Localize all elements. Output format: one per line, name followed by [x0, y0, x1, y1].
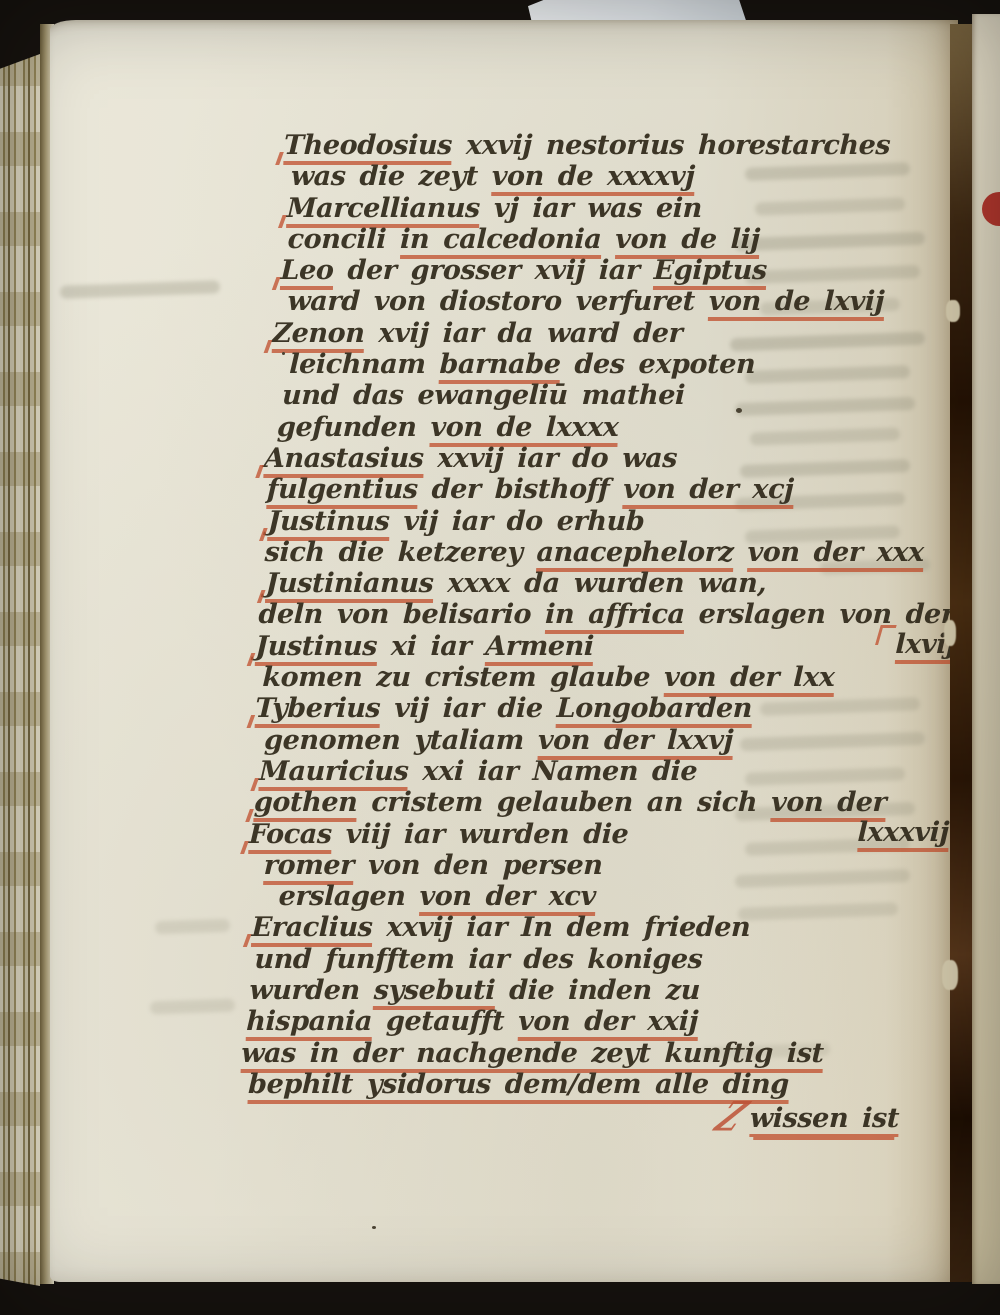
margin-note: lxxxvij	[857, 817, 950, 848]
manuscript-line: Leo der grosser xvij iar Egiptus	[268, 255, 973, 286]
red-seal-dot	[982, 192, 1000, 226]
rubricated-text: von de lxxxx	[430, 412, 619, 447]
gutter-paper-chip	[942, 960, 958, 990]
rubricated-text: anacephelorz	[536, 537, 734, 572]
text-segment: von den persen	[353, 850, 603, 881]
text-segment: vj iar was ein	[479, 193, 702, 224]
text-segment: concili	[287, 224, 401, 255]
manuscript-line: Marcellianus vj iar was ein	[270, 193, 975, 224]
rubricated-text: hispania	[246, 1006, 373, 1041]
text-segment: die inden zu	[495, 975, 701, 1006]
manuscript-line: Tyberius vij iar die Longobarden	[253, 693, 958, 724]
text-segment: vij iar do erhub	[389, 506, 645, 537]
text-segment: deln von belisario	[258, 599, 546, 630]
rubric-flourish: Z	[707, 1094, 755, 1141]
rubricated-text: von der lxxvj	[537, 725, 733, 760]
manuscript-line: gothen cristem gelauben an sich von der	[249, 787, 954, 818]
text-segment	[601, 224, 616, 255]
text-block: Theodosius xxvij nestorius horestarchesw…	[239, 130, 978, 1132]
manuscript-line: Justinus vij iar do erhub	[259, 506, 964, 537]
text-segment: und funfftem iar des koniges	[254, 944, 703, 975]
rubricated-text: Marcellianus	[286, 193, 480, 228]
rubricated-text: lxxxvij	[857, 817, 950, 852]
rubricated-text: von der lxx	[663, 662, 835, 697]
text-segment: ward von diostoro verfuret	[287, 286, 709, 317]
rubricated-text: Mauricius	[258, 756, 409, 791]
rubricated-text: Zenon	[272, 318, 365, 353]
manuscript-line: concili in calcedonia von de lij	[269, 224, 974, 255]
manuscript-line: Zenon xvij iar da ward der	[266, 318, 971, 349]
manuscript-line: romer von den persen	[247, 850, 952, 881]
facing-page-stub	[972, 14, 1000, 1284]
rubricated-text: Justinus	[267, 506, 390, 541]
rubricated-text: von de xxxxvj	[491, 161, 695, 196]
text-segment: xxi iar Namen die	[408, 756, 698, 787]
text-segment: xxxx da wurden wan,	[433, 568, 767, 599]
manuscript-page: Theodosius xxvij nestorius horestarchesw…	[50, 20, 958, 1282]
manuscript-line: erslagen von der xcv	[246, 881, 951, 912]
manuscript-line: Anastasius xxvij iar do was	[261, 443, 966, 474]
manuscript-line: bephilt ysidorus dem/dem alle ding	[240, 1069, 945, 1100]
rubricated-text: Eraclius	[251, 912, 373, 947]
manuscript-line: Theodosius xxvij nestorius horestarches	[272, 130, 977, 161]
rubricated-text: sysebuti	[373, 975, 496, 1010]
rubricated-text: Tyberius	[255, 693, 381, 728]
manuscript-line: und das ewangeliū mathei	[264, 380, 969, 411]
rubricated-text: von der xcv	[419, 881, 596, 916]
text-segment: komen zu cristem glaube	[262, 662, 665, 693]
rubricated-text: Armeni	[485, 631, 595, 666]
bleedthrough-mark	[155, 919, 230, 935]
text-segment: des expoten	[560, 349, 756, 380]
rubricated-text: Anastasius	[263, 443, 424, 478]
text-segment: leichnam	[289, 349, 440, 380]
text-segment: xvij iar da ward der	[364, 318, 683, 349]
rubricated-text: Leo	[280, 255, 334, 290]
rubricated-text: fulgentius	[266, 474, 418, 509]
text-segment: der bisthoff	[417, 474, 624, 505]
manuscript-line: sich die ketzerey anacephelorz von der x…	[258, 537, 963, 568]
rubricated-text: von der xcj	[623, 474, 795, 509]
manuscript-line: was in der nachgende zeyt kunftig ist	[241, 1038, 946, 1069]
rubricated-text: Egiptus	[653, 255, 767, 290]
rubricated-text: was in der nachgende zeyt kunftig ist	[241, 1038, 825, 1073]
manuscript-line: leichnam barnabe des expoten	[265, 349, 970, 380]
text-segment: der grosser xvij iar	[333, 255, 654, 286]
rubricated-text: Justinus	[255, 631, 378, 666]
bleedthrough-mark	[150, 999, 235, 1015]
manuscript-line: Justinianus xxxx da wurden wan,	[257, 568, 962, 599]
manuscript-line: deln von belisario in affrica erslagen v…	[256, 599, 961, 630]
rubricated-text: Longobarden	[556, 693, 753, 728]
text-segment	[733, 537, 748, 568]
rubricated-text: wissen ist	[749, 1103, 899, 1137]
text-segment: xxvij iar In dem frieden	[372, 912, 751, 943]
text-segment: sich die ketzerey	[264, 537, 537, 568]
rubricated-text: barnabe	[439, 349, 561, 384]
text-segment: wurden	[249, 975, 374, 1006]
text-segment: erslagen	[684, 599, 840, 630]
text-segment: viij iar wurden die	[331, 819, 629, 850]
manuscript-line: Mauricius xxi iar Namen die	[251, 756, 956, 787]
manuscript-line: was die zeyt von de xxxxvj	[271, 161, 976, 192]
rubricated-text: Focas	[248, 819, 332, 854]
text-segment: gefunden	[277, 412, 432, 443]
text-segment: xxvij nestorius horestarches	[451, 130, 890, 161]
bleedthrough-mark	[60, 280, 220, 299]
gutter-paper-chip	[944, 620, 956, 646]
dust-speck	[282, 352, 285, 355]
text-segment: und das ewangeliū mathei	[282, 380, 686, 411]
book-fore-edge-pages	[0, 54, 40, 1286]
rubricated-text: bephilt ysidorus dem/dem alle ding	[247, 1069, 789, 1104]
text-segment: xxvij iar do was	[423, 443, 678, 474]
manuscript-line: genomen ytaliam von der lxxvj	[252, 725, 957, 756]
ink-speck	[736, 408, 742, 413]
manuscript-photo: { "manuscript": { "description_label": "…	[0, 0, 1000, 1315]
text-segment: erslagen	[278, 881, 420, 912]
dust-speck	[372, 1226, 376, 1229]
manuscript-line: wurden sysebuti die inden zu	[243, 975, 948, 1006]
rubricated-text: von de lxvij	[708, 286, 885, 321]
manuscript-line: hispania getaufft von der xxij	[242, 1006, 947, 1037]
text-segment: genomen ytaliam	[264, 725, 539, 756]
rubricated-text: Theodosius	[283, 130, 452, 165]
manuscript-line: und funfftem iar des koniges	[244, 944, 949, 975]
manuscript-line: gefunden von de lxxxx	[263, 412, 968, 443]
text-segment: cristem gelauben an sich	[357, 787, 772, 818]
rubricated-text: Justinianus	[265, 568, 434, 603]
manuscript-line: Justinus xi iar Armenilxvij	[255, 631, 960, 662]
manuscript-line: ward von diostoro verfuret von de lxvij	[267, 286, 972, 317]
rubricated-text: von de lij	[615, 224, 761, 259]
rubricated-text: romer	[263, 850, 354, 885]
text-segment: getaufft	[371, 1006, 518, 1037]
manuscript-line: komen zu cristem glaube von der lxx	[254, 662, 959, 693]
rubricated-text: von der xxx	[747, 537, 925, 572]
text-segment: von der	[839, 599, 955, 630]
manuscript-line: Zwissen ist	[239, 1100, 944, 1131]
rubricated-text: in calcedonia	[399, 224, 601, 259]
text-segment: was die zeyt	[290, 161, 492, 192]
text-segment: vij iar die	[380, 693, 557, 724]
manuscript-line: Eraclius xxvij iar In dem frieden	[245, 912, 950, 943]
gutter-paper-chip	[946, 300, 960, 322]
manuscript-line: fulgentius der bisthoff von der xcj	[260, 474, 965, 505]
manuscript-line: Focas viij iar wurden dielxxxvij	[248, 819, 953, 850]
rubricated-text: in affrica	[545, 599, 686, 634]
text-segment: xi iar	[377, 631, 486, 662]
rubricated-text: von der xxij	[517, 1006, 698, 1041]
rubricated-text: gothen	[253, 787, 358, 822]
